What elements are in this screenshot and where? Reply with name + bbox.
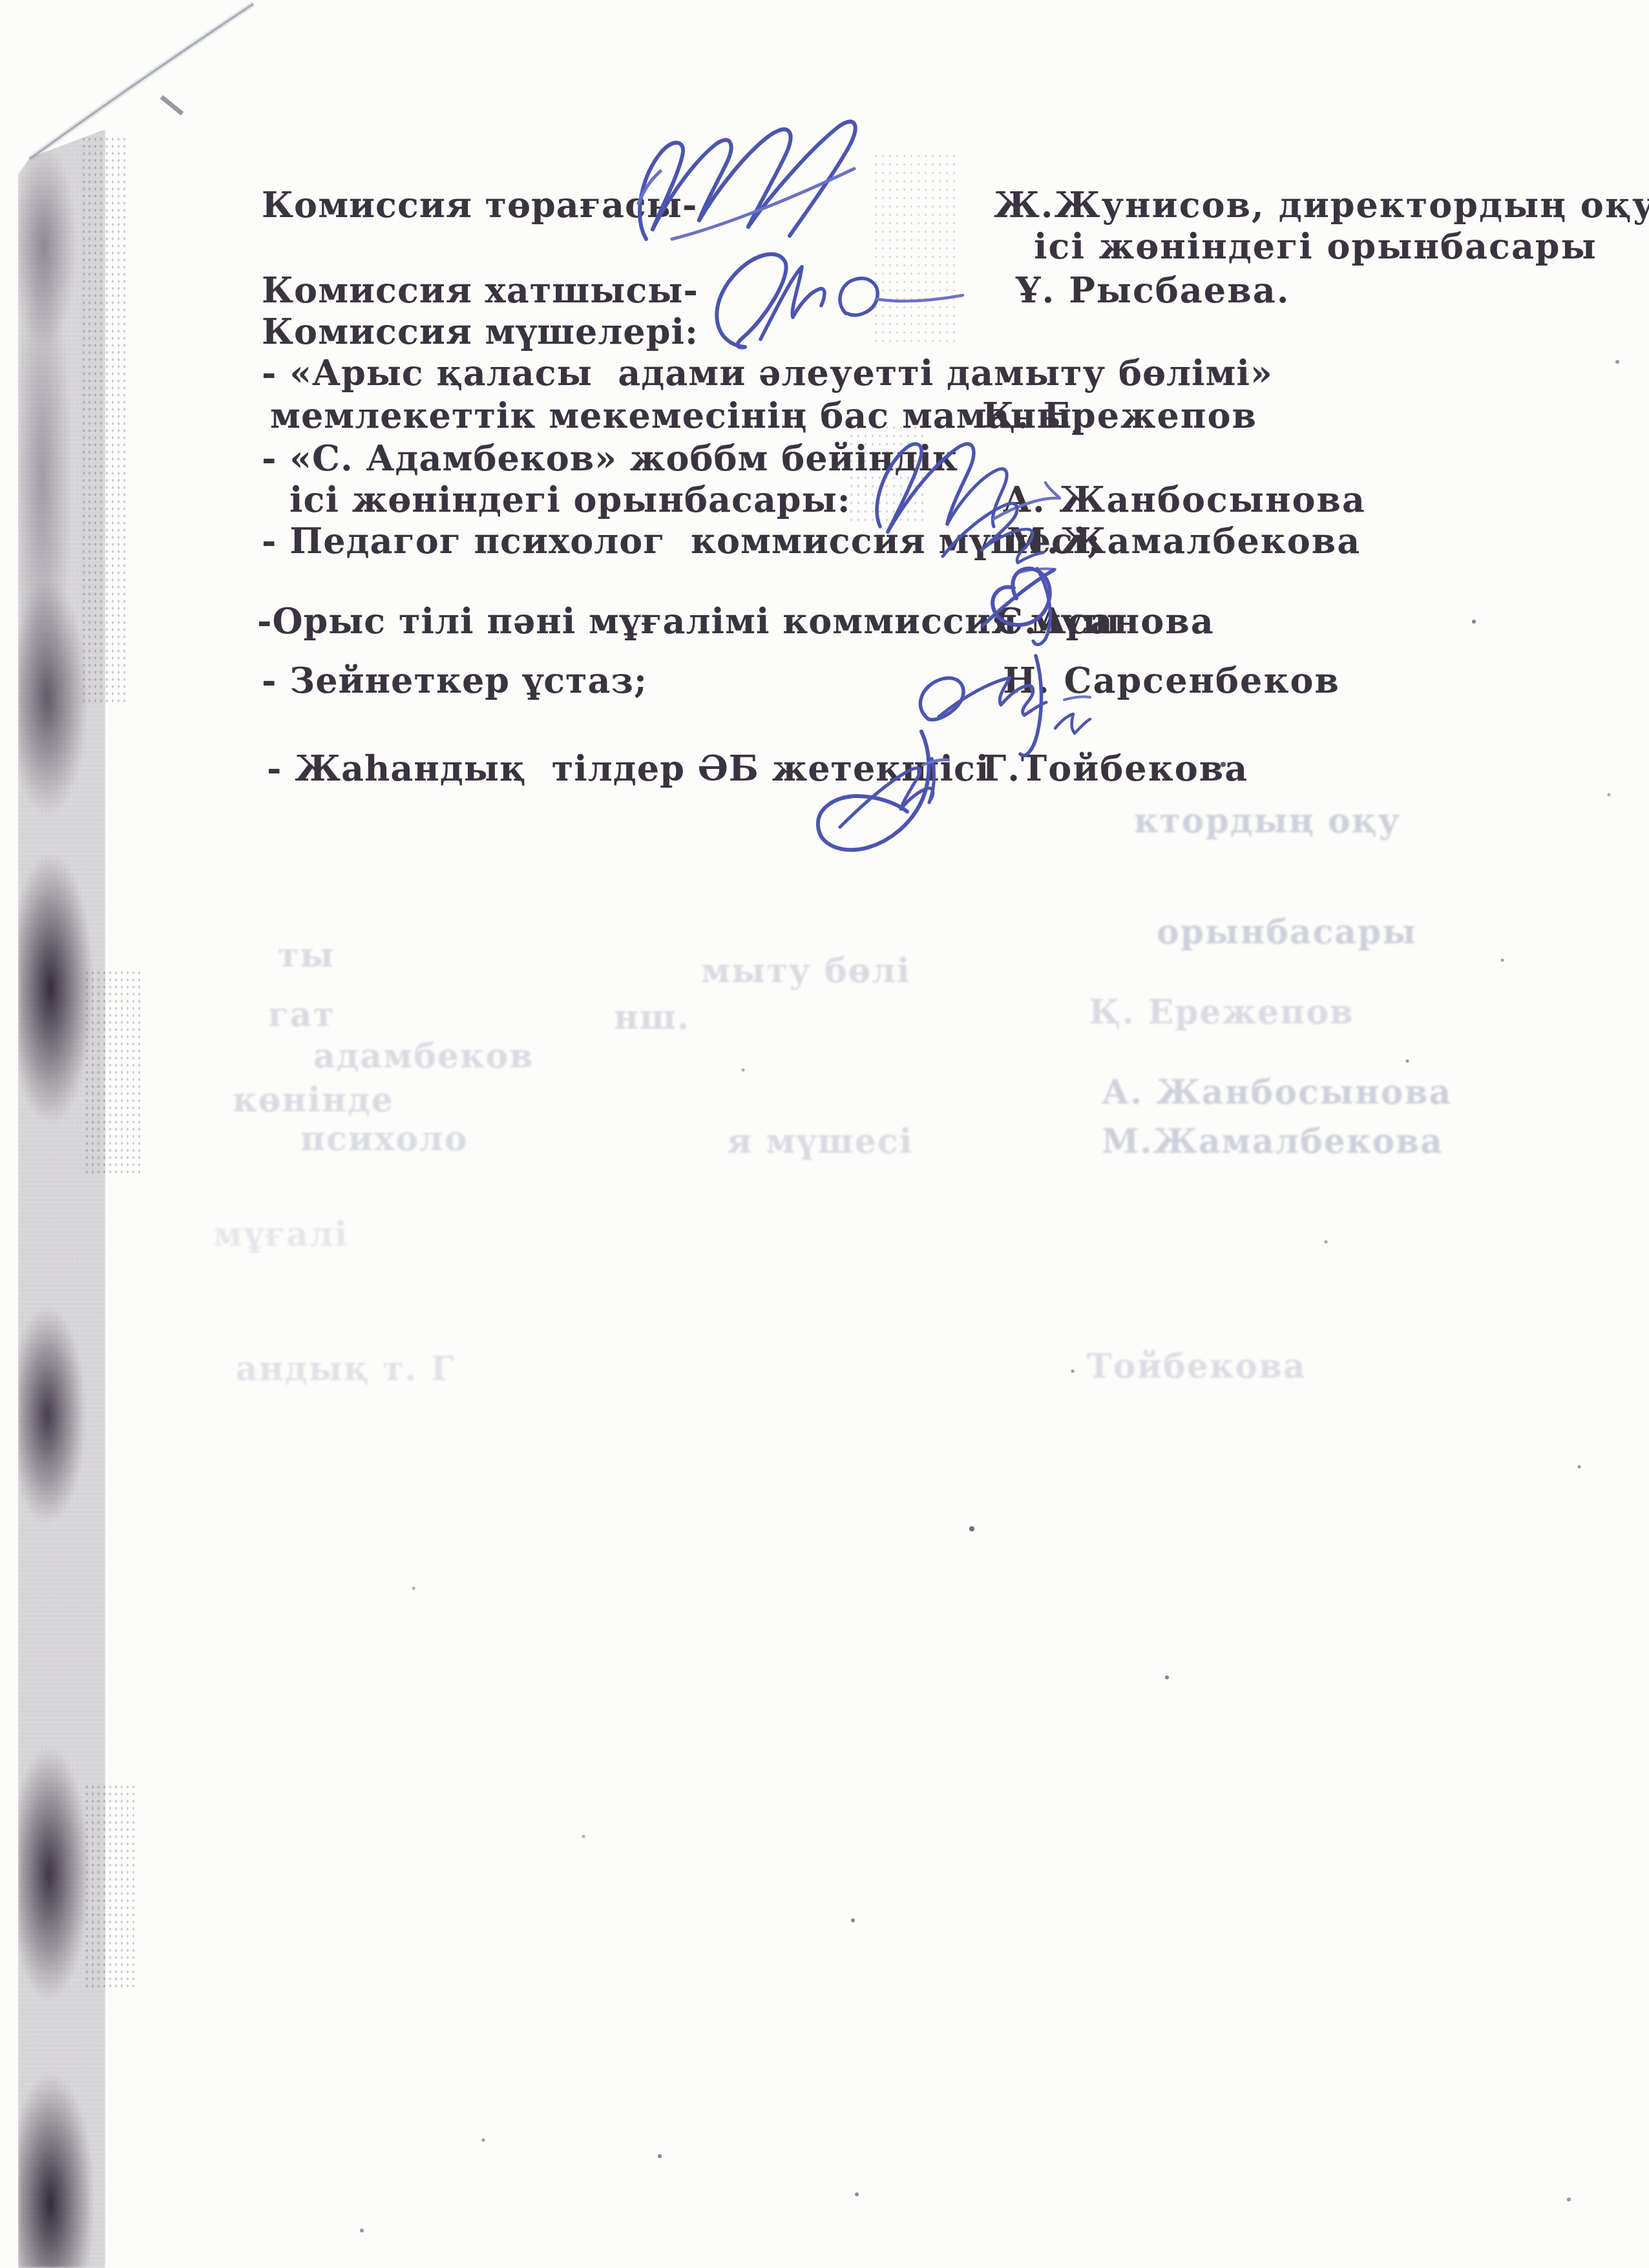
- line-11-left: - Зейнеткер ұстаз;: [262, 662, 647, 700]
- ghost-text: адамбеков: [313, 1036, 534, 1076]
- ghost-text: мыту бөлі: [701, 951, 911, 991]
- scanned-document-page: Комиссия төрағасы- Ж.Жунисов, директорды…: [0, 0, 1649, 2268]
- line-2-right: ісі жөніндегі орынбасары: [1034, 227, 1597, 266]
- ghost-text: Қ. Ережепов: [1089, 992, 1354, 1032]
- ghost-text: психоло: [300, 1119, 468, 1159]
- line-1-right: Ж.Жунисов, директордың оқу: [994, 186, 1649, 224]
- ghost-text: М.Жамалбекова: [1102, 1122, 1444, 1161]
- toibekova-signature: [795, 717, 982, 879]
- fold-crease-dark-spot: [162, 97, 182, 114]
- ghost-text: мұғалі: [213, 1215, 348, 1254]
- ghost-text: ты: [278, 936, 335, 975]
- line-8-left: ісі жөніндегі орынбасары:: [289, 481, 851, 519]
- ghost-text: көнінде: [233, 1080, 394, 1120]
- ghost-text: нш.: [614, 998, 690, 1037]
- chairman-signature: [627, 107, 885, 255]
- ghost-text: орынбасары: [1157, 912, 1417, 952]
- ghost-text: андық т. Г: [236, 1349, 456, 1389]
- line-3-left: Комиссия хатшысы-: [262, 271, 698, 310]
- secretary-signature: [688, 236, 972, 359]
- ghost-text: я мүшесі: [727, 1122, 913, 1161]
- line-7-left: - «С. Адамбеков» жоббм бейіндік: [262, 439, 958, 478]
- ghost-text: ктордың оқу: [1134, 801, 1401, 841]
- ghost-text: Тойбекова: [1087, 1347, 1307, 1386]
- line-3-right: Ұ. Рысбаева.: [1016, 271, 1290, 310]
- ghost-text: гат: [268, 995, 335, 1034]
- line-5-left: - «Арыс қаласы адами әлеуетті дамыту бөл…: [262, 354, 1273, 392]
- line-4-left: Комиссия мүшелері:: [262, 313, 698, 351]
- ghost-text: А. Жанбосынова: [1102, 1073, 1452, 1112]
